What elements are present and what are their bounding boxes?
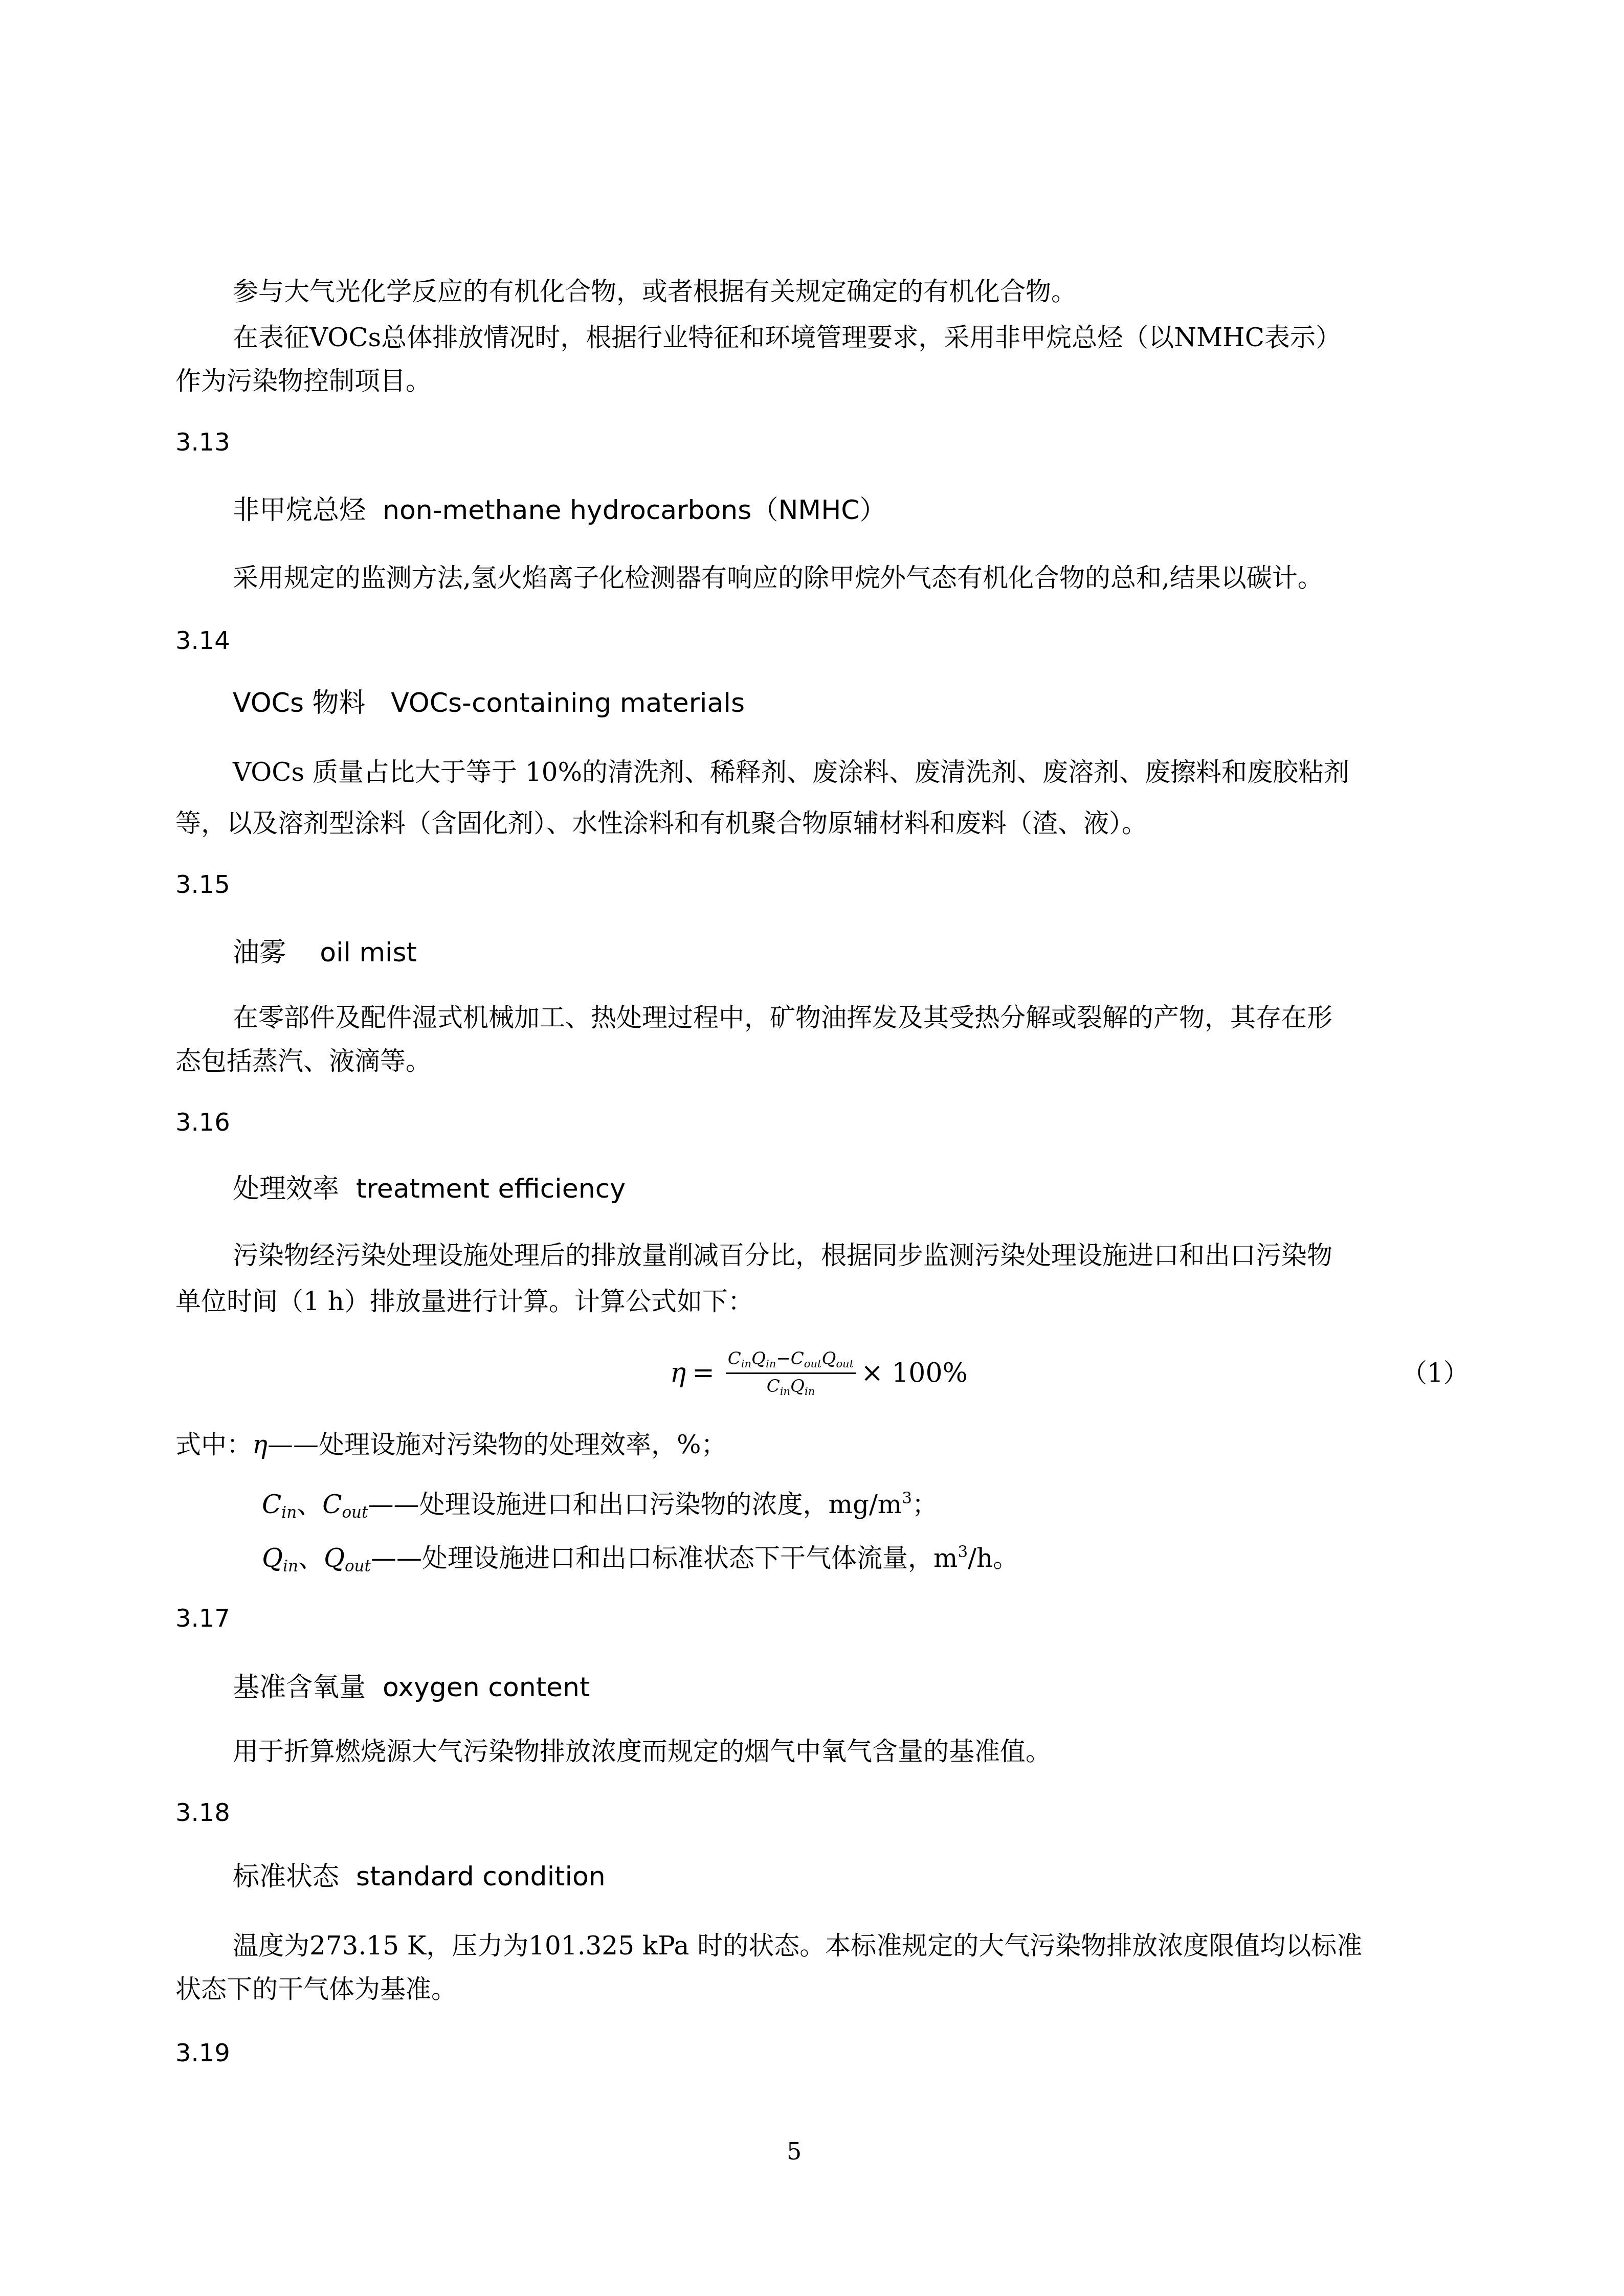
definition-3-16-line-1: 污染物经污染处理设施处理后的排放量削减百分比，根据同步监测污染处理设施进口和出口… (233, 1240, 1332, 1271)
page-number: 5 (787, 2137, 802, 2165)
term-en: non-methane hydrocarbons（NMHC） (383, 495, 886, 526)
term-heading-3-17: 基准含氧量 oxygen content (233, 1672, 590, 1703)
section-number-3-19: 3.19 (175, 2038, 230, 2068)
section-number-3-14: 3.14 (175, 625, 230, 656)
formula-denominator: CinQin (767, 1374, 815, 1398)
formula-fraction: CinQin−CoutQout CinQin (726, 1348, 856, 1398)
where-q-line: Qin、Qout——处理设施进口和出口标准状态下干气体流量，m3/h。 (262, 1537, 1018, 1582)
term-zh: 基准含氧量 (233, 1672, 366, 1703)
term-zh: 油雾 (233, 937, 286, 968)
section-number-3-18: 3.18 (175, 1797, 230, 1828)
term-en: treatment efficiency (356, 1174, 626, 1204)
formula-times-100-percent: × 100% (861, 1358, 968, 1388)
definition-3-15-line-1: 在零部件及配件湿式机械加工、热处理过程中，矿物油挥发及其受热分解或裂解的产物，其… (233, 1002, 1332, 1033)
term-zh: VOCs 物料 (233, 688, 366, 718)
where-c-line: Cin、Cout——处理设施进口和出口污染物的浓度，mg/m3； (262, 1483, 938, 1528)
definition-3-17-line-1: 用于折算燃烧源大气污染物排放浓度而规定的烟气中氧气含量的基准值。 (233, 1736, 1051, 1767)
document-page: 参与大气光化学反应的有机化合物，或者根据有关规定确定的有机化合物。 在表征VOC… (0, 0, 1624, 2296)
formula-equals: = (692, 1358, 715, 1388)
term-heading-3-14: VOCs 物料 VOCs-containing materials (233, 688, 745, 718)
term-en: oxygen content (383, 1672, 590, 1703)
term-en: standard condition (356, 1861, 606, 1892)
section-number-3-15: 3.15 (175, 869, 230, 900)
term-heading-3-13: 非甲烷总烃 non-methane hydrocarbons（NMHC） (233, 495, 886, 526)
term-zh: 处理效率 (233, 1174, 339, 1204)
intro-line-3: 作为污染物控制项目。 (175, 366, 431, 396)
definition-3-16-line-2: 单位时间（1 h）排放量进行计算。计算公式如下： (175, 1286, 753, 1317)
definition-3-13-line-1: 采用规定的监测方法,氢火焰离子化检测器有响应的除甲烷外气态有机化合物的总和,结果… (233, 562, 1323, 593)
term-heading-3-15: 油雾 oil mist (233, 937, 417, 968)
definition-3-18-line-1: 温度为273.15 K，压力为101.325 kPa 时的状态。本标准规定的大气… (233, 1930, 1362, 1961)
intro-line-1: 参与大气光化学反应的有机化合物，或者根据有关规定确定的有机化合物。 (233, 276, 1077, 307)
formula-eta: η (670, 1358, 686, 1388)
term-en: oil mist (320, 937, 417, 968)
term-heading-3-16: 处理效率 treatment efficiency (233, 1174, 626, 1204)
equation-number: （1） (1401, 1353, 1469, 1389)
section-number-3-16: 3.16 (175, 1107, 230, 1138)
intro-line-2: 在表征VOCs总体排放情况时，根据行业特征和环境管理要求，采用非甲烷总烃（以NM… (233, 322, 1341, 353)
section-number-3-13: 3.13 (175, 427, 230, 458)
definition-3-14-line-2: 等，以及溶剂型涂料（含固化剂）、水性涂料和有机聚合物原辅材料和废料（渣、液）。 (175, 808, 1147, 839)
formula-numerator: CinQin−CoutQout (726, 1348, 856, 1374)
term-en: VOCs-containing materials (391, 688, 745, 718)
section-number-3-17: 3.17 (175, 1603, 230, 1634)
where-eta-line: 式中：η——处理设施对污染物的处理效率，%； (175, 1429, 726, 1460)
definition-3-15-line-2: 态包括蒸汽、液滴等。 (175, 1046, 431, 1076)
term-zh: 标准状态 (233, 1861, 339, 1892)
definition-3-18-line-2: 状态下的干气体为基准。 (175, 1974, 457, 2005)
term-zh: 非甲烷总烃 (233, 495, 366, 526)
efficiency-formula: η = CinQin−CoutQout CinQin × 100% (670, 1342, 968, 1404)
definition-3-14-line-1: VOCs 质量占比大于等于 10%的清洗剂、稀释剂、废涂料、废清洗剂、废溶剂、废… (233, 757, 1349, 787)
term-heading-3-18: 标准状态 standard condition (233, 1861, 606, 1892)
